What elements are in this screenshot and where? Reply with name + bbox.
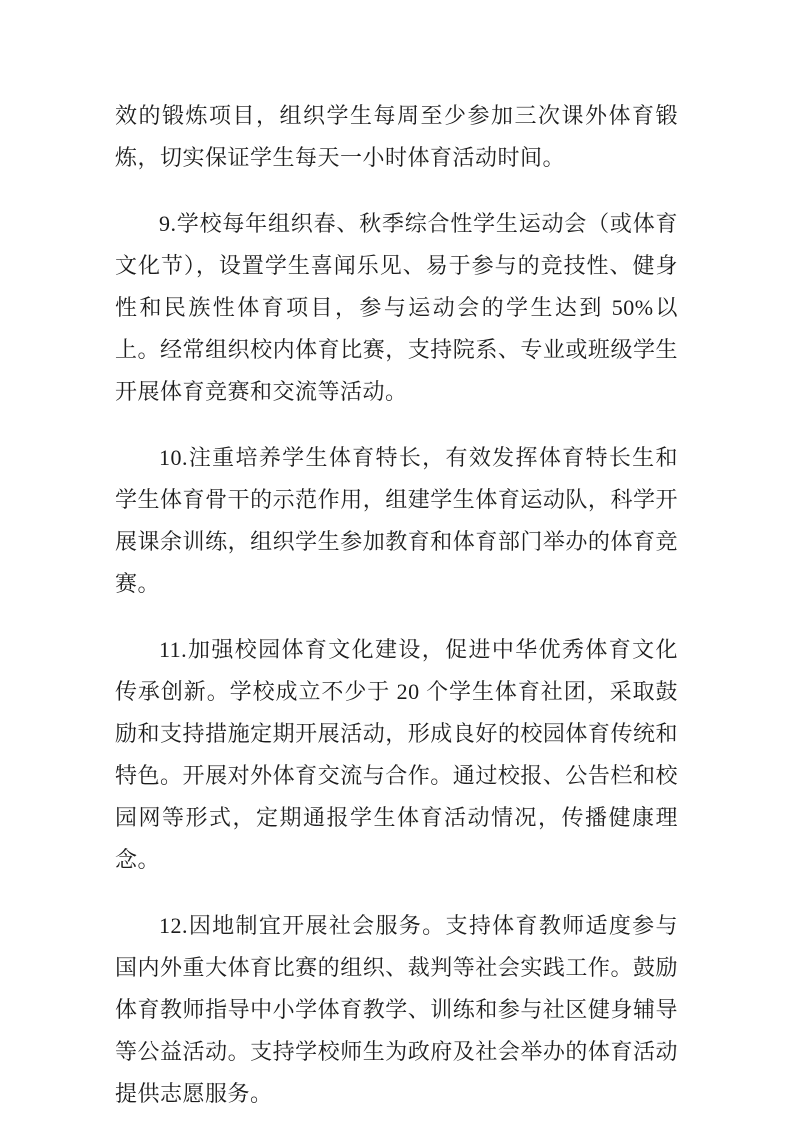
paragraph-item-10: 10.注重培养学生体育特长，有效发挥体育特长生和学生体育骨干的示范作用，组建学生… <box>115 437 678 605</box>
paragraph-item-9: 9.学校每年组织春、秋季综合性学生运动会（或体育文化节），设置学生喜闻乐见、易于… <box>115 203 678 413</box>
paragraph-continuation: 效的锻炼项目，组织学生每周至少参加三次课外体育锻炼，切实保证学生每天一小时体育活… <box>115 95 678 179</box>
paragraph-item-11: 11.加强校园体育文化建设，促进中华优秀体育文化传承创新。学校成立不少于 20 … <box>115 629 678 881</box>
paragraph-item-12: 12.因地制宜开展社会服务。支持体育教师适度参与国内外重大体育比赛的组织、裁判等… <box>115 905 678 1115</box>
document-page: 效的锻炼项目，组织学生每周至少参加三次课外体育锻炼，切实保证学生每天一小时体育活… <box>0 0 793 1122</box>
